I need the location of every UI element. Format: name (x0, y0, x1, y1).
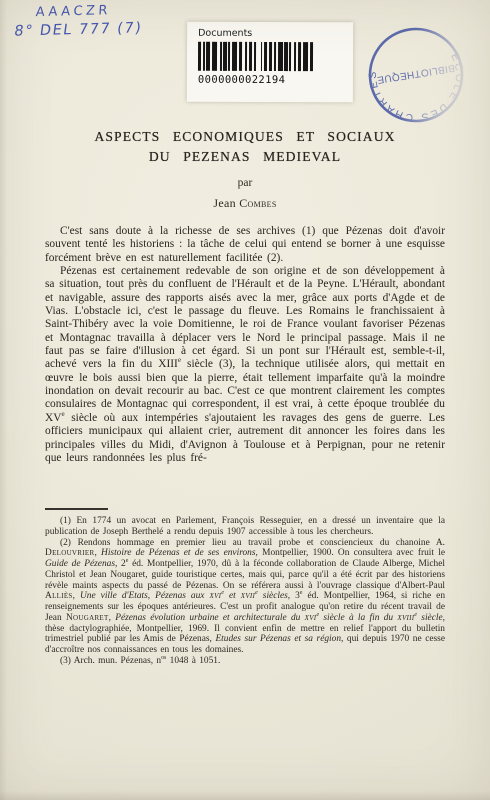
article-body: C'est sans doute à la richesse de ses ar… (45, 225, 445, 465)
handwritten-shelfmark: AAACZR 8° DEL 777 (7) (14, 2, 143, 39)
footnote: (2) Rendons hommage en premier lieu au t… (45, 538, 445, 656)
footnote: (1) En 1774 un avocat en Parlement, Fran… (45, 516, 445, 538)
footnote-separator-rule (45, 508, 108, 510)
shelfmark-line-1: AAACZR (35, 2, 142, 20)
shelfmark-line-2: 8° DEL 777 (7) (13, 20, 143, 39)
barcode-label: Documents 0000000022194 (187, 22, 353, 103)
body-paragraph: Pézenas est certainement redevable de so… (45, 265, 445, 465)
stamp-center-text: BIBLIOTHEQUE (376, 62, 455, 85)
barcode (198, 42, 324, 71)
footnote: (3) Arch. mun. Pézenas, nos 1048 à 1051. (45, 656, 445, 667)
stamp-ring-text: ECOLE DES CHARTES (365, 51, 472, 131)
svg-text:ECOLE DES CHARTES: ECOLE DES CHARTES (365, 51, 472, 131)
library-stamp-graphic: ECOLE DES CHARTES BIBLIOTHEQUE (341, 2, 490, 147)
author-name: Jean Combes (45, 196, 445, 211)
footnotes-section: (1) En 1774 un avocat en Parlement, Fran… (45, 516, 445, 667)
library-stamp: ECOLE DES CHARTES BIBLIOTHEQUE (350, 12, 482, 138)
byline-par: par (45, 177, 445, 189)
article-title-line-1: ASPECTS ECONOMIQUES ET SOCIAUX (45, 129, 445, 145)
article-header: ASPECTS ECONOMIQUES ET SOCIAUX DU PEZENA… (45, 129, 445, 211)
barcode-label-title: Documents (198, 28, 353, 40)
article-title-line-2: DU PEZENAS MEDIEVAL (45, 149, 445, 165)
body-paragraph: C'est sans doute à la richesse de ses ar… (45, 225, 445, 265)
scanned-document-page: AAACZR 8° DEL 777 (7) Documents 00000000… (0, 0, 490, 800)
barcode-number: 0000000022194 (198, 74, 353, 87)
